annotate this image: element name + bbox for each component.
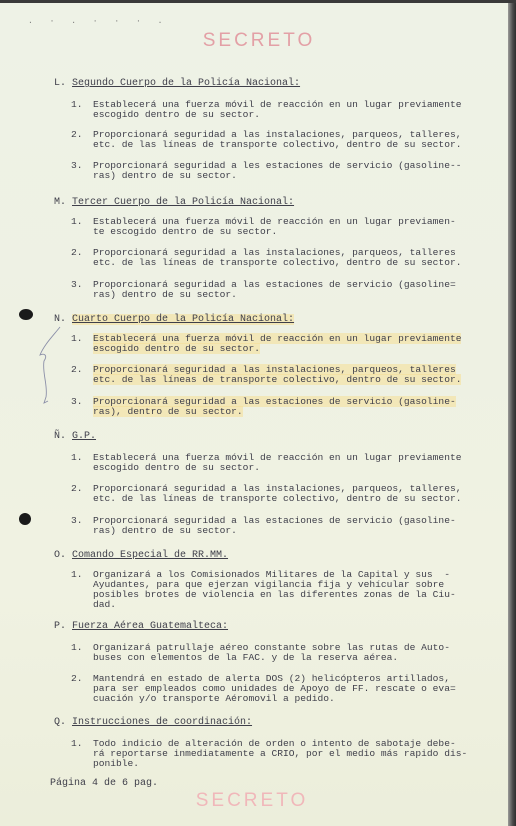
item-text: buses con elementos de la FAC. y de la r… (93, 652, 398, 663)
item-line: escogido dentro de su sector. (71, 110, 501, 120)
item-text: escogido dentro de su sector. (93, 343, 260, 354)
list-item: 2.Proporcionará seguridad a las instalac… (71, 365, 501, 385)
item-line: etc. de las líneas de transporte colecti… (71, 375, 501, 385)
section-title: Instrucciones de coordinación: (72, 717, 252, 728)
pen-mark-icon (34, 325, 64, 405)
section-letter: M. (54, 198, 72, 208)
item-number: 1. (71, 739, 93, 749)
item-line: etc. de las líneas de transporte colecti… (71, 494, 501, 504)
item-text: etc. de las líneas de transporte colecti… (93, 257, 461, 268)
item-line: dad. (71, 600, 501, 610)
item-line: escogido dentro de su sector. (71, 344, 501, 354)
punch-hole-icon (19, 309, 33, 320)
item-line: etc. de las líneas de transporte colecti… (71, 140, 501, 150)
section-heading: P.Fuerza Aérea Guatemalteca: (54, 622, 228, 632)
section-letter: Q. (54, 718, 72, 728)
section-title: Tercer Cuerpo de la Policía Nacional: (72, 197, 294, 208)
list-item: 1.Todo indicio de alteración de orden o … (71, 739, 501, 769)
item-text: ras) dentro de su sector. (93, 170, 237, 181)
item-number: 1. (71, 334, 93, 344)
list-item: 3.Proporcionará seguridad a las estacion… (71, 280, 501, 300)
item-line: ponible. (71, 759, 501, 769)
list-item: 3.Proporcionará seguridad a les estacion… (71, 161, 501, 181)
item-number: 3. (71, 516, 93, 526)
item-number: 2. (71, 365, 93, 375)
item-number: 3. (71, 397, 93, 407)
section-title: Segundo Cuerpo de la Policía Nacional: (72, 78, 300, 89)
section-title: Comando Especial de RR.MM. (72, 550, 228, 561)
item-text: escogido dentro de su sector. (93, 109, 260, 120)
item-line: ras), dentro de su sector. (71, 407, 501, 417)
item-text: rá reportarse inmediatamente a CRIO, por… (93, 748, 467, 759)
item-line: ras) dentro de su sector. (71, 290, 501, 300)
item-line: buses con elementos de la FAC. y de la r… (71, 653, 501, 663)
item-number: 1. (71, 570, 93, 580)
item-number: 1. (71, 217, 93, 227)
item-number: 1. (71, 453, 93, 463)
item-number: 3. (71, 161, 93, 171)
item-text: escogido dentro de su sector. (93, 462, 260, 473)
item-number: 3. (71, 280, 93, 290)
item-text: ras), dentro de su sector. (93, 406, 243, 417)
item-number: 2. (71, 674, 93, 684)
section-title: Fuerza Aérea Guatemalteca: (72, 621, 228, 632)
item-text: ponible. (93, 758, 139, 769)
item-number: 1. (71, 643, 93, 653)
secret-stamp-top: SECRETO (10, 30, 508, 52)
item-text: etc. de las líneas de transporte colecti… (93, 493, 461, 504)
section-heading: Ñ.G.P. (54, 432, 96, 442)
punch-hole-icon (19, 513, 31, 525)
item-number: 2. (71, 484, 93, 494)
section-letter: P. (54, 622, 72, 632)
section-heading: L.Segundo Cuerpo de la Policía Nacional: (54, 79, 300, 89)
list-item: 2.Mantendrá en estado de alerta DOS (2) … (71, 674, 501, 704)
document-page: . · . · · · . SECRETO L.Segundo Cuerpo d… (0, 3, 508, 826)
section-heading: Q.Instrucciones de coordinación: (54, 718, 252, 728)
item-line: ras) dentro de su sector. (71, 171, 501, 181)
item-text: te escogido dentro de su sector. (93, 226, 277, 237)
section-heading: M.Tercer Cuerpo de la Policía Nacional: (54, 198, 294, 208)
list-item: 1.Establecerá una fuerza móvil de reacci… (71, 334, 501, 354)
list-item: 1.Establecerá una fuerza móvil de reacci… (71, 453, 501, 473)
section-letter: N. (54, 315, 72, 325)
section-title: G.P. (72, 431, 96, 442)
item-line: etc. de las líneas de transporte colecti… (71, 258, 501, 268)
item-text: etc. de las líneas de transporte colecti… (93, 139, 461, 150)
section-heading: N.Cuarto Cuerpo de la Policía Nacional: (54, 315, 294, 325)
list-item: 1.Organizará a los Comisionados Militare… (71, 570, 501, 610)
item-text: ras) dentro de su sector. (93, 289, 237, 300)
list-item: 1.Establecerá una fuerza móvil de reacci… (71, 100, 501, 120)
item-text: ras) dentro de su sector. (93, 525, 237, 536)
list-item: 1.Organizará patrullaje aéreo constante … (71, 643, 501, 663)
list-item: 2.Proporcionará seguridad a las instalac… (71, 484, 501, 504)
item-number: 2. (71, 130, 93, 140)
section-letter: O. (54, 551, 72, 561)
list-item: 1.Establecerá una fuerza móvil de reacci… (71, 217, 501, 237)
item-text: etc. de las líneas de transporte colecti… (93, 374, 461, 385)
item-line: posibles brotes de violencia en las dife… (71, 590, 501, 600)
section-title: Cuarto Cuerpo de la Policía Nacional: (72, 314, 294, 325)
section-letter: Ñ. (54, 432, 72, 442)
item-line: escogido dentro de su sector. (71, 463, 501, 473)
item-line: cuación y/o transporte Aéromovil a pedid… (71, 694, 501, 704)
list-item: 3.Proporcionará seguridad a las estacion… (71, 397, 501, 417)
section-letter: L. (54, 79, 72, 89)
item-number: 2. (71, 248, 93, 258)
item-number: 1. (71, 100, 93, 110)
item-line: te escogido dentro de su sector. (71, 227, 501, 237)
page-number: Página 4 de 6 pag. (50, 778, 158, 789)
item-text: dad. (93, 599, 116, 610)
item-line: ras) dentro de su sector. (71, 526, 501, 536)
secret-stamp-bottom: SECRETO (0, 790, 508, 812)
list-item: 2.Proporcionará seguridad a las instalac… (71, 248, 501, 268)
paper-specks: . · . · · · . (28, 17, 168, 26)
list-item: 2.Proporcionará seguridad a las instalac… (71, 130, 501, 150)
item-text: cuación y/o transporte Aéromovil a pedid… (93, 693, 335, 704)
list-item: 3.Proporcionará seguridad a las estacion… (71, 516, 501, 536)
section-heading: O.Comando Especial de RR.MM. (54, 551, 228, 561)
item-text: posibles brotes de violencia en las dife… (93, 589, 456, 600)
